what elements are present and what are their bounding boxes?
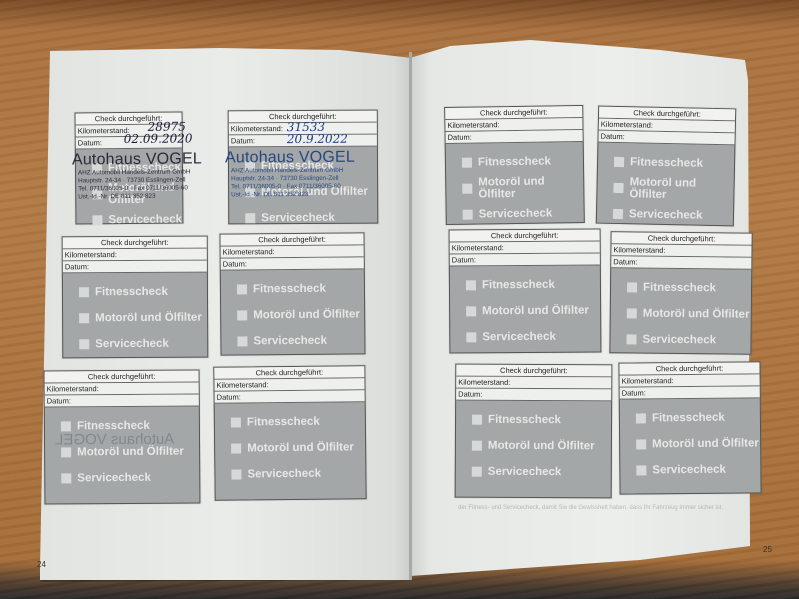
dealer-stamp: Autohaus VOGELAHZ Automobil Handels-Zent… <box>72 150 217 201</box>
service-check-card: Check durchgeführt: Kilometerstand: Datu… <box>444 105 585 225</box>
check-option-label: Servicecheck <box>479 207 553 220</box>
check-option[interactable]: Motoröl und Ölfilter <box>627 300 751 327</box>
checkbox[interactable] <box>61 421 71 431</box>
check-option[interactable]: Servicecheck <box>79 331 207 358</box>
check-options: Fitnesscheck Motoröl und Ölfilter Servic… <box>610 268 751 353</box>
service-check-card: Check durchgeführt: Kilometerstand: Datu… <box>449 228 602 353</box>
check-option[interactable]: Motoröl und Ölfilter <box>466 297 600 324</box>
check-option-label: Servicecheck <box>247 468 321 481</box>
check-option[interactable]: Fitnesscheck <box>472 407 611 434</box>
check-option[interactable]: Motoröl und Ölfilter <box>636 430 760 457</box>
checkbox[interactable] <box>462 158 472 168</box>
check-option[interactable]: Motoröl und Ölfilter <box>79 305 207 332</box>
km-label: Kilometerstand: <box>613 245 665 255</box>
check-option[interactable]: Servicecheck <box>613 201 734 230</box>
checkbox[interactable] <box>627 282 637 292</box>
check-option-label: Servicecheck <box>261 212 335 224</box>
km-label: Kilometerstand: <box>65 250 117 259</box>
check-option-label: Servicecheck <box>482 331 556 344</box>
check-options: Fitnesscheck Motoröl und Ölfilter Servic… <box>620 398 761 483</box>
card-header: Check durchgeführt: <box>450 229 600 242</box>
checkbox[interactable] <box>231 470 241 480</box>
date-row[interactable]: Datum: <box>221 257 364 270</box>
service-check-card: Check durchgeführt: Kilometerstand: Datu… <box>609 231 752 354</box>
stamp-line: Ust.-Id.-Nr. DE 811 352 823 <box>225 191 370 200</box>
date-row[interactable]: Datum: <box>45 394 199 407</box>
check-options: Fitnesscheck Motoröl und Ölfilter Servic… <box>450 265 601 350</box>
km-label: Kilometerstand: <box>447 120 499 130</box>
checkbox[interactable] <box>472 441 482 451</box>
km-label: Kilometerstand: <box>601 120 653 130</box>
check-option[interactable]: Servicecheck <box>626 326 750 353</box>
handwritten-date: 02.09.2020 <box>124 131 193 146</box>
service-check-card: Check durchgeführt: Kilometerstand: Datu… <box>618 361 761 494</box>
check-option-label: Fitnesscheck <box>95 286 168 298</box>
check-option[interactable]: Fitnesscheck <box>231 408 365 435</box>
check-option-label: Motoröl und Ölfilter <box>629 176 733 202</box>
check-option[interactable]: Servicecheck <box>245 205 377 232</box>
check-options: Fitnesscheck Motoröl und Ölfilter Servic… <box>215 402 366 488</box>
checkbox[interactable] <box>462 184 472 194</box>
handwritten-date: 20.9.2022 <box>287 132 348 146</box>
dealer-stamp: Autohaus VOGELAHZ Automobil Handels-Zent… <box>225 149 370 200</box>
date-label: Datum: <box>452 255 476 264</box>
check-options: Fitnesscheck Motoröl und Ölfilter Servic… <box>597 143 735 230</box>
date-row[interactable]: Datum: <box>611 256 751 269</box>
km-label: Kilometerstand: <box>78 126 130 135</box>
check-option[interactable]: Motoröl und Ölfilter <box>231 434 365 461</box>
km-row[interactable]: Kilometerstand: <box>45 382 199 395</box>
checkbox[interactable] <box>466 280 476 290</box>
km-label: Kilometerstand: <box>452 243 504 252</box>
checkbox[interactable] <box>472 415 482 425</box>
page-number-left: 24 <box>37 560 46 569</box>
card-header: Check durchgeführt: <box>63 237 207 250</box>
check-option-label: Fitnesscheck <box>478 155 551 168</box>
check-option-label: Servicecheck <box>95 338 169 350</box>
date-label: Datum: <box>231 136 255 145</box>
check-option[interactable]: Motoröl und Ölfilter <box>613 175 734 204</box>
km-row[interactable]: Kilometerstand: <box>63 249 207 262</box>
service-check-card: Check durchgeführt: Kilometerstand: Datu… <box>75 112 184 225</box>
check-option-label: Fitnesscheck <box>643 282 716 295</box>
check-option-label: Fitnesscheck <box>247 416 320 429</box>
km-row[interactable]: Kilometerstand: <box>450 241 600 254</box>
check-option[interactable]: Servicecheck <box>92 207 182 234</box>
check-option[interactable]: Servicecheck <box>472 459 611 486</box>
date-label: Datum: <box>613 257 637 266</box>
check-option-label: Motoröl und Ölfilter <box>253 308 360 321</box>
check-option-label: Motoröl und Ölfilter <box>247 441 354 454</box>
stamp-line: Ust.-Id.-Nr. DE 811 352 823 <box>72 192 217 201</box>
date-label: Datum: <box>601 132 625 142</box>
check-option-label: Fitnesscheck <box>652 412 725 425</box>
date-row[interactable]: Datum: <box>446 130 583 144</box>
checkbox[interactable] <box>237 336 247 346</box>
stamp-offset-imprint: Autohaus VOGEL <box>55 431 174 449</box>
check-option-label: Servicecheck <box>488 466 562 478</box>
check-options: Fitnesscheck Motoröl und Ölfilter Servic… <box>446 142 584 228</box>
checkbox[interactable] <box>613 209 623 219</box>
check-option-label: Fitnesscheck <box>253 283 326 296</box>
checkbox[interactable] <box>636 439 646 449</box>
check-option[interactable]: Fitnesscheck <box>627 274 751 301</box>
checkbox[interactable] <box>472 467 482 477</box>
check-option-label: Servicecheck <box>77 472 151 485</box>
check-option[interactable]: Fitnesscheck <box>466 271 600 298</box>
checkbox[interactable] <box>231 444 241 454</box>
card-header: Check durchgeführt: <box>45 370 199 383</box>
date-label: Datum: <box>223 259 247 268</box>
checkbox[interactable] <box>79 313 89 323</box>
check-option-label: Motoröl und Ölfilter <box>482 305 589 318</box>
km-label: Kilometerstand: <box>458 378 510 387</box>
check-option[interactable]: Servicecheck <box>463 200 584 228</box>
page-number-right: 25 <box>763 545 772 554</box>
check-option-label: Motoröl und Ölfilter <box>652 437 759 450</box>
check-option-label: Servicecheck <box>629 208 703 222</box>
date-label: Datum: <box>448 133 472 142</box>
check-option[interactable]: Fitnesscheck <box>237 275 364 302</box>
check-option[interactable]: Servicecheck <box>237 327 364 354</box>
date-row[interactable]: Datum: <box>620 386 760 399</box>
date-row[interactable]: Datum: <box>215 390 365 404</box>
footnote-text: der Fitness- und Servicecheck, damit Sie… <box>458 505 758 511</box>
date-row[interactable]: Datum: <box>450 253 600 266</box>
check-option[interactable]: Fitnesscheck <box>636 404 760 431</box>
stamp-name: Autohaus VOGEL <box>72 150 217 169</box>
service-check-card: Check durchgeführt: Kilometerstand: Datu… <box>44 369 201 504</box>
check-option[interactable]: Fitnesscheck <box>79 279 207 306</box>
check-option[interactable]: Servicecheck <box>636 456 760 483</box>
checkbox[interactable] <box>61 473 71 483</box>
check-option-label: Servicecheck <box>108 214 182 227</box>
check-option-label: Motoröl und Ölfilter <box>488 440 595 453</box>
checkbox[interactable] <box>626 334 636 344</box>
service-check-card: Check durchgeführt: Kilometerstand: Datu… <box>596 106 736 227</box>
check-option-label: Motoröl und Ölfilter <box>95 312 202 325</box>
service-check-card: Check durchgeführt: Kilometerstand: Datu… <box>219 232 365 355</box>
check-option[interactable]: Fitnesscheck <box>462 148 583 176</box>
check-option-label: Fitnesscheck <box>482 279 555 292</box>
check-option-label: Motoröl und Ölfilter <box>478 175 583 200</box>
check-option-label: Fitnesscheck <box>488 414 561 426</box>
check-option-label: Servicecheck <box>642 334 716 347</box>
checkbox[interactable] <box>463 210 473 220</box>
date-label: Datum: <box>65 262 89 271</box>
checkbox[interactable] <box>613 183 623 193</box>
check-options: Fitnesscheck Motoröl und Ölfilter Servic… <box>456 401 611 486</box>
service-check-card: Check durchgeführt: Kilometerstand: Datu… <box>455 364 613 499</box>
date-row[interactable]: Datum: <box>456 389 611 402</box>
km-label: Kilometerstand: <box>223 247 275 256</box>
check-option[interactable]: Motoröl und Ölfilter <box>237 301 364 328</box>
date-label: Datum: <box>217 393 241 402</box>
checkbox[interactable] <box>636 465 646 475</box>
service-check-card: Check durchgeführt: Kilometerstand: Datu… <box>62 236 209 359</box>
checkbox[interactable] <box>614 157 624 167</box>
check-option[interactable]: Motoröl und Ölfilter <box>462 174 583 202</box>
checkbox[interactable] <box>237 284 247 294</box>
check-option[interactable]: Servicecheck <box>231 460 365 487</box>
date-label: Datum: <box>47 396 71 405</box>
checkbox[interactable] <box>92 215 102 225</box>
check-option[interactable]: Servicecheck <box>466 323 600 350</box>
card-header: Check durchgeführt: <box>456 365 611 378</box>
checkbox[interactable] <box>627 308 637 318</box>
date-label: Datum: <box>458 390 482 399</box>
check-options: Fitnesscheck Motoröl und Ölfilter Servic… <box>45 406 200 491</box>
booklet-spine <box>409 52 412 580</box>
checkbox[interactable] <box>466 306 476 316</box>
check-option-label: Fitnesscheck <box>630 156 703 170</box>
checkbox[interactable] <box>466 332 476 342</box>
service-check-card: Check durchgeführt: Kilometerstand: Datu… <box>213 365 366 501</box>
date-label: Datum: <box>78 138 102 147</box>
checkbox[interactable] <box>61 447 71 457</box>
km-label: Kilometerstand: <box>216 380 268 390</box>
check-option[interactable]: Motoröl und Ölfilter <box>472 433 611 460</box>
check-option[interactable]: Fitnesscheck <box>614 149 735 178</box>
km-label: Kilometerstand: <box>47 384 99 393</box>
check-option-label: Motoröl und Ölfilter <box>643 308 750 321</box>
stamp-name: Autohaus VOGEL <box>225 149 370 168</box>
check-option[interactable]: Servicecheck <box>61 464 199 491</box>
checkbox[interactable] <box>231 418 241 428</box>
check-options: Fitnesscheck Motoröl und Ölfilter Servic… <box>63 273 207 358</box>
date-label: Datum: <box>622 388 646 397</box>
check-options: Fitnesscheck Motoröl und Ölfilter Servic… <box>221 269 365 354</box>
km-label: Kilometerstand: <box>622 376 674 385</box>
checkbox[interactable] <box>237 310 247 320</box>
checkbox[interactable] <box>245 213 255 223</box>
km-label: Kilometerstand: <box>231 124 283 133</box>
km-row[interactable]: Kilometerstand: <box>456 377 611 390</box>
check-option-label: Servicecheck <box>253 335 327 348</box>
date-row[interactable]: Datum: <box>63 261 207 274</box>
checkbox[interactable] <box>79 339 89 349</box>
checkbox[interactable] <box>79 287 89 297</box>
service-check-card: Check durchgeführt: Kilometerstand: Datu… <box>228 110 379 225</box>
check-option-label: Servicecheck <box>652 464 726 477</box>
checkbox[interactable] <box>636 413 646 423</box>
